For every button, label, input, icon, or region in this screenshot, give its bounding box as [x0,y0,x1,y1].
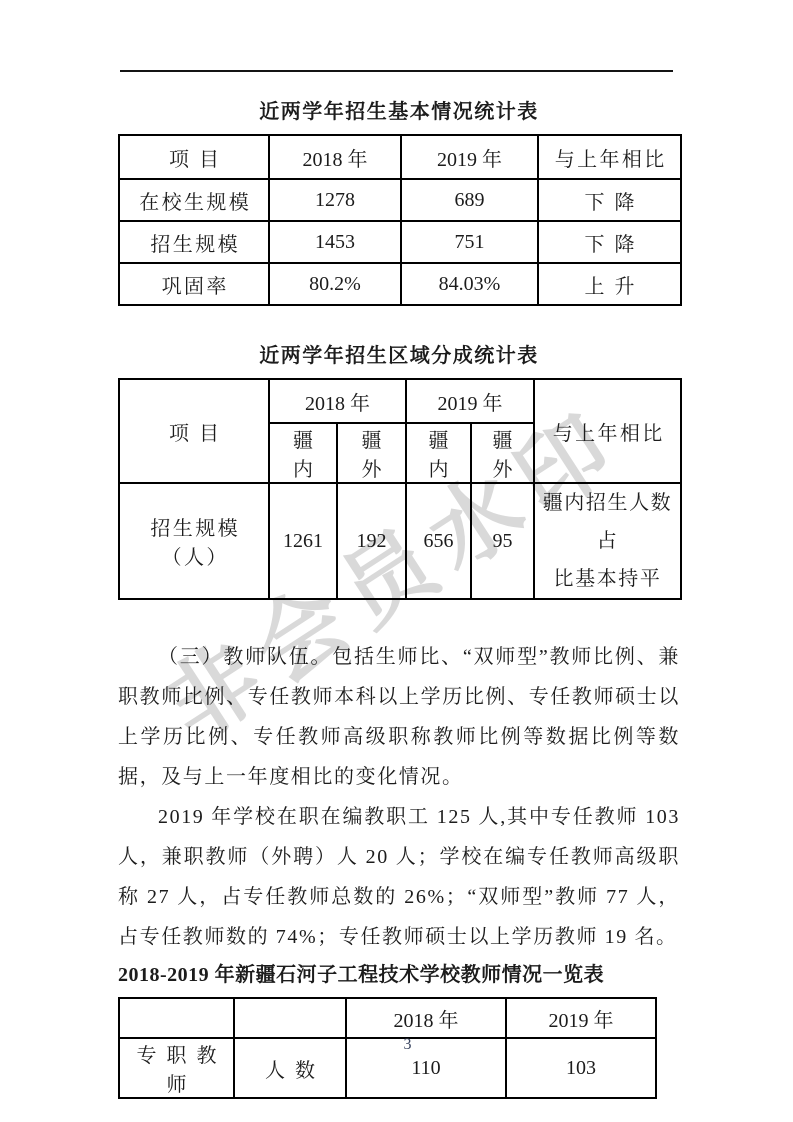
table1-cell-2018: 1453 [269,221,401,263]
table1-header-2019: 2019 年 [401,135,538,179]
document-page: 非会员水印 近两学年招生基本情况统计表 项目 2018 年 2019 年 与上年… [0,0,793,1122]
table3-header-2019: 2019 年 [506,998,656,1038]
table2-cell-item: 招生规模（人） [119,483,269,599]
table2-compare-line2: 比基本持平 [535,560,680,598]
table3-header-empty1 [119,998,234,1038]
table1-row-school-scale: 在校生规模 1278 689 下降 [119,179,681,221]
table1-cell-compare: 上升 [538,263,681,305]
table3-header-empty2 [234,998,346,1038]
table2-cell-compare: 疆内招生人数占 比基本持平 [534,483,681,599]
table2-data-row: 招生规模（人） 1261 192 656 95 疆内招生人数占 比基本持平 [119,483,681,599]
table2-subheader-outside-2019: 疆外 [471,423,534,483]
table1-cell-compare: 下降 [538,179,681,221]
table1-cell-2019: 751 [401,221,538,263]
table3-header-row: 2018 年 2019 年 [119,998,656,1038]
table2-title: 近两学年招生区域分成统计表 [118,342,680,370]
table1-cell-item: 巩固率 [119,263,269,305]
table2-header-2019: 2019 年 [406,379,534,423]
page-header-rule [120,70,673,72]
table1-cell-item: 招生规模 [119,221,269,263]
page-number: 3 [0,1036,793,1054]
table2-cell-inside-2019: 656 [406,483,471,599]
table2-header-compare: 与上年相比 [534,379,681,483]
table2-subheader-inside-2019: 疆内 [406,423,471,483]
table3-title: 2018-2019 年新疆石河子工程技术学校教师情况一览表 [118,962,680,988]
table1-cell-2019: 84.03% [401,263,538,305]
page-content: 近两学年招生基本情况统计表 项目 2018 年 2019 年 与上年相比 在校生… [118,92,680,1099]
table1-cell-item: 在校生规模 [119,179,269,221]
enrollment-region-table: 项目 2018 年 2019 年 与上年相比 疆内 疆外 疆内 疆外 招生规模（… [118,378,682,600]
table1-header-row: 项目 2018 年 2019 年 与上年相比 [119,135,681,179]
table1-cell-2018: 80.2% [269,263,401,305]
table2-cell-outside-2019: 95 [471,483,534,599]
table1-cell-compare: 下降 [538,221,681,263]
table2-subheader-inside-2018: 疆内 [269,423,337,483]
table2-cell-outside-2018: 192 [337,483,406,599]
table1-cell-2019: 689 [401,179,538,221]
table2-header-item: 项目 [119,379,269,483]
table3-header-2018: 2018 年 [346,998,506,1038]
table1-title: 近两学年招生基本情况统计表 [118,98,680,126]
table1-header-compare: 与上年相比 [538,135,681,179]
table1-cell-2018: 1278 [269,179,401,221]
table2-cell-inside-2018: 1261 [269,483,337,599]
paragraph-teacher-statistics: 2019 年学校在职在编教职工 125 人,其中专任教师 103 人，兼职教师（… [118,797,680,957]
table1-header-item: 项目 [119,135,269,179]
table1-row-enroll-scale: 招生规模 1453 751 下降 [119,221,681,263]
table2-subheader-outside-2018: 疆外 [337,423,406,483]
body-paragraphs: （三）教师队伍。包括生师比、“双师型”教师比例、兼职教师比例、专任教师本科以上学… [118,637,680,957]
table1-row-retention: 巩固率 80.2% 84.03% 上升 [119,263,681,305]
table2-header-row-years: 项目 2018 年 2019 年 与上年相比 [119,379,681,423]
table2-compare-line1: 疆内招生人数占 [535,484,680,560]
table2-header-2018: 2018 年 [269,379,406,423]
table1-header-2018: 2018 年 [269,135,401,179]
enrollment-basic-table: 项目 2018 年 2019 年 与上年相比 在校生规模 1278 689 下降… [118,134,682,306]
paragraph-teacher-team-intro: （三）教师队伍。包括生师比、“双师型”教师比例、兼职教师比例、专任教师本科以上学… [118,637,680,797]
